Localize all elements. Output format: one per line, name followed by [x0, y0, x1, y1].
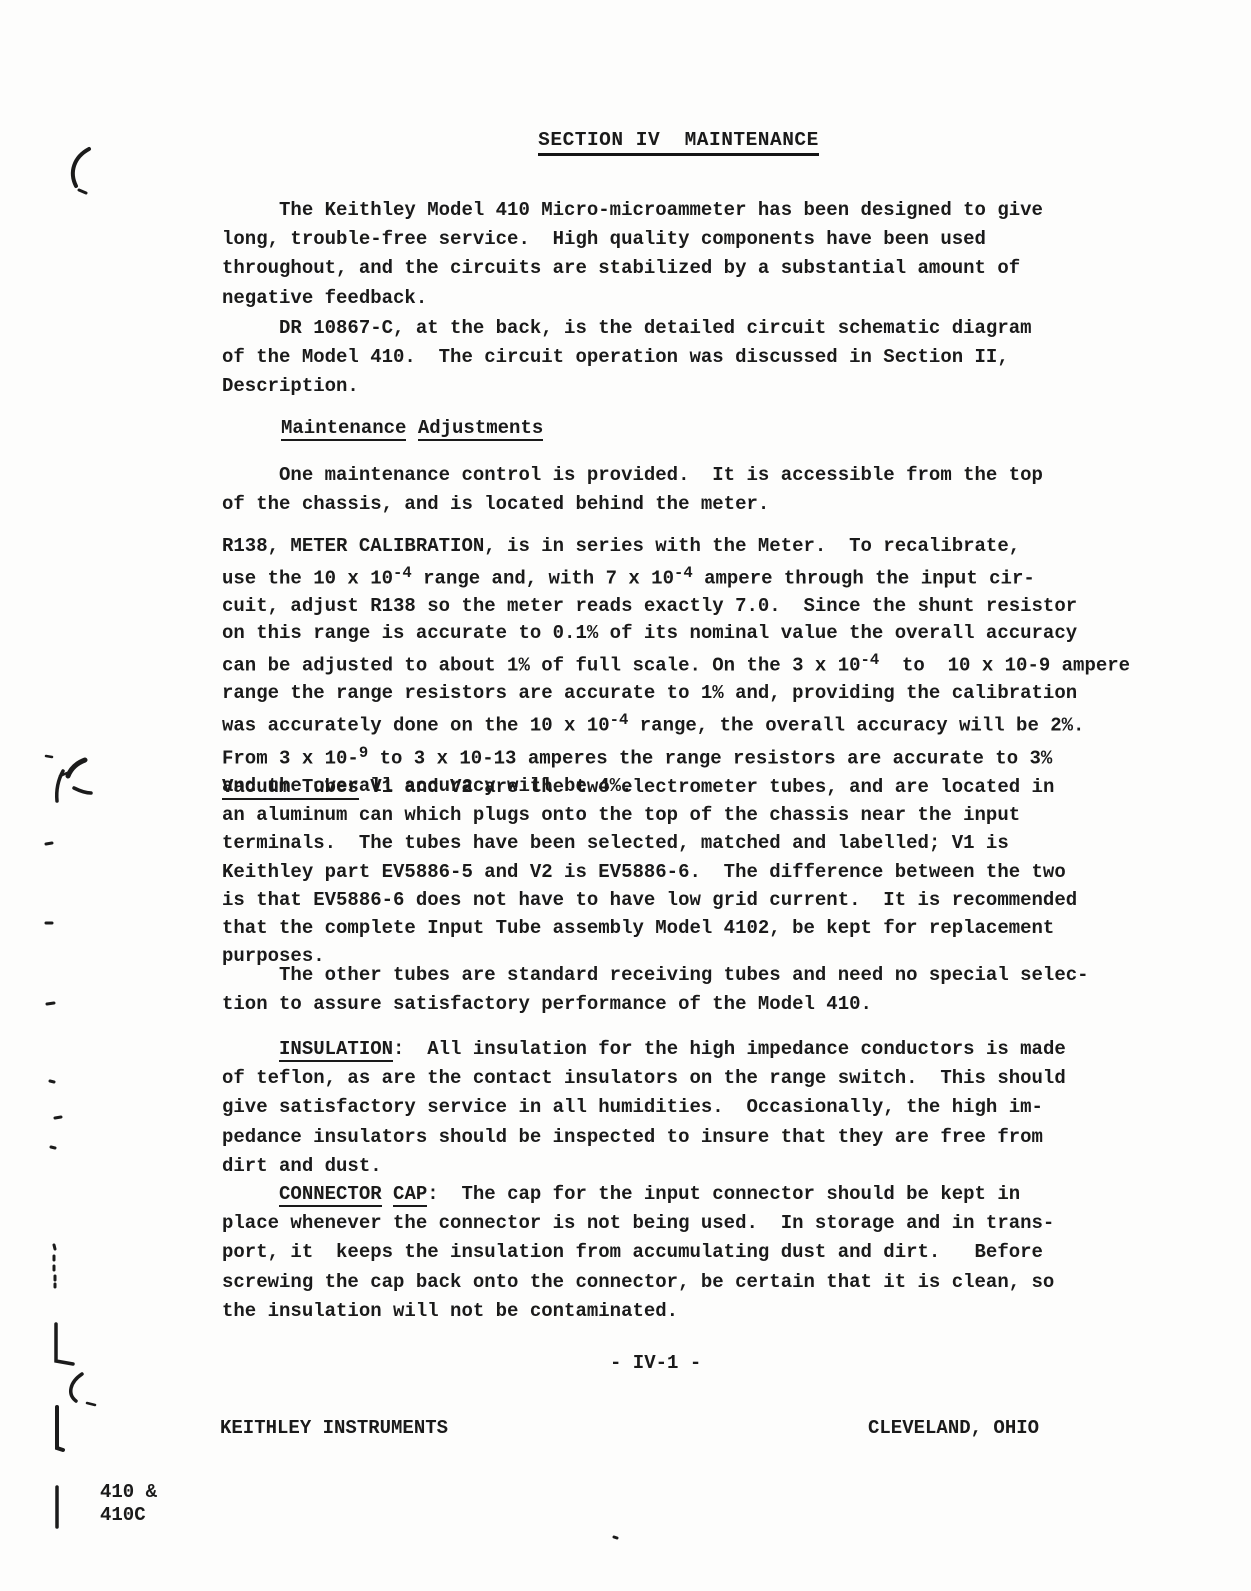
text-line: of the chassis, and is located behind th…: [222, 490, 1162, 519]
text-line: pedance insulators should be inspected t…: [222, 1123, 1162, 1152]
text-line: long, trouble-free service. High quality…: [222, 225, 1162, 254]
heading-text: Maintenance Adjustments: [281, 414, 543, 443]
text-line: port, it keeps the insulation from accum…: [222, 1238, 1162, 1267]
text-line: is that EV5886-6 does not have to have l…: [222, 886, 1162, 914]
document-page: SECTION IV MAINTENANCE The Keithley Mode…: [0, 0, 1251, 1591]
text-line: Vacuum Tubes V1 and V2 are the two elect…: [222, 773, 1162, 801]
text-line: that the complete Input Tube assembly Mo…: [222, 914, 1162, 942]
text-line: From 3 x 10-9 to 3 x 10-13 amperes the r…: [222, 740, 1172, 773]
text-line: place whenever the connector is not bein…: [222, 1209, 1162, 1238]
text-line: tion to assure satisfactory performance …: [222, 990, 1162, 1019]
text-line: range the range resistors are accurate t…: [222, 680, 1172, 707]
text-line: throughout, and the circuits are stabili…: [222, 254, 1162, 283]
footer-model-note: 410 &410C: [100, 1481, 157, 1527]
text-line: use the 10 x 10-4 range and, with 7 x 10…: [222, 560, 1172, 593]
small-dash-marks-icon: [46, 843, 61, 1148]
paragraph-intro: The Keithley Model 410 Micro-microammete…: [222, 196, 1162, 313]
text-line: 410C: [100, 1504, 157, 1527]
text-line: screwing the cap back onto the connector…: [222, 1268, 1162, 1297]
paragraph-r138-calibration: R138, METER CALIBRATION, is in series wi…: [222, 533, 1172, 800]
page-number: - IV-1 -: [610, 1349, 701, 1378]
text-line: DR 10867-C, at the back, is the detailed…: [222, 314, 1162, 343]
paragraph-connector-cap: CONNECTOR CAP: The cap for the input con…: [222, 1180, 1162, 1326]
footer-company: KEITHLEY INSTRUMENTS: [220, 1414, 448, 1443]
text-line: R138, METER CALIBRATION, is in series wi…: [222, 533, 1172, 560]
text-line: give satisfactory service in all humidit…: [222, 1093, 1162, 1122]
text-line: dirt and dust.: [222, 1152, 1162, 1181]
section-title: SECTION IV MAINTENANCE: [222, 129, 1135, 156]
l-bracket-mark-icon: [56, 1324, 73, 1364]
text-line: of the Model 410. The circuit operation …: [222, 343, 1162, 372]
text-line: Description.: [222, 372, 1162, 401]
text-line: Keithley part EV5886-5 and V2 is EV5886-…: [222, 858, 1162, 886]
arrow-scribble-mid-left-icon: [46, 756, 91, 801]
paren-curve-top-left-icon: [73, 149, 89, 193]
text-line: cuit, adjust R138 so the meter reads exa…: [222, 593, 1172, 620]
text-line: negative feedback.: [222, 284, 1162, 313]
text-line: terminals. The tubes have been selected,…: [222, 829, 1162, 857]
text-line: The Keithley Model 410 Micro-microammete…: [222, 196, 1162, 225]
paragraph-maintenance-intro: One maintenance control is provided. It …: [222, 461, 1162, 519]
paren-curve-bottom-left-icon: [71, 1374, 95, 1405]
footer-location: CLEVELAND, OHIO: [868, 1414, 1039, 1443]
paragraph-other-tubes: The other tubes are standard receiving t…: [222, 961, 1162, 1019]
text-line: an aluminum can which plugs onto the top…: [222, 801, 1162, 829]
paragraph-vacuum-tubes: Vacuum Tubes V1 and V2 are the two elect…: [222, 773, 1162, 970]
text-line: CONNECTOR CAP: The cap for the input con…: [222, 1180, 1162, 1209]
text-line: INSULATION: All insulation for the high …: [222, 1035, 1162, 1064]
text-line: the insulation will not be contaminated.: [222, 1297, 1162, 1326]
text-line: The other tubes are standard receiving t…: [222, 961, 1162, 990]
heading-maintenance-adjustments: Maintenance Adjustments: [281, 414, 543, 443]
text-line: was accurately done on the 10 x 10-4 ran…: [222, 707, 1172, 740]
text-line: 410 &: [100, 1481, 157, 1504]
text-line: on this range is accurate to 0.1% of its…: [222, 620, 1172, 647]
text-line: of teflon, as are the contact insulators…: [222, 1064, 1162, 1093]
dotted-vertical-mark-icon: [54, 1245, 55, 1287]
text-line: can be adjusted to about 1% of full scal…: [222, 647, 1172, 680]
text-line: One maintenance control is provided. It …: [222, 461, 1162, 490]
paragraph-insulation: INSULATION: All insulation for the high …: [222, 1035, 1162, 1181]
section-title-text: SECTION IV MAINTENANCE: [538, 129, 819, 156]
paragraph-schematic: DR 10867-C, at the back, is the detailed…: [222, 314, 1162, 402]
